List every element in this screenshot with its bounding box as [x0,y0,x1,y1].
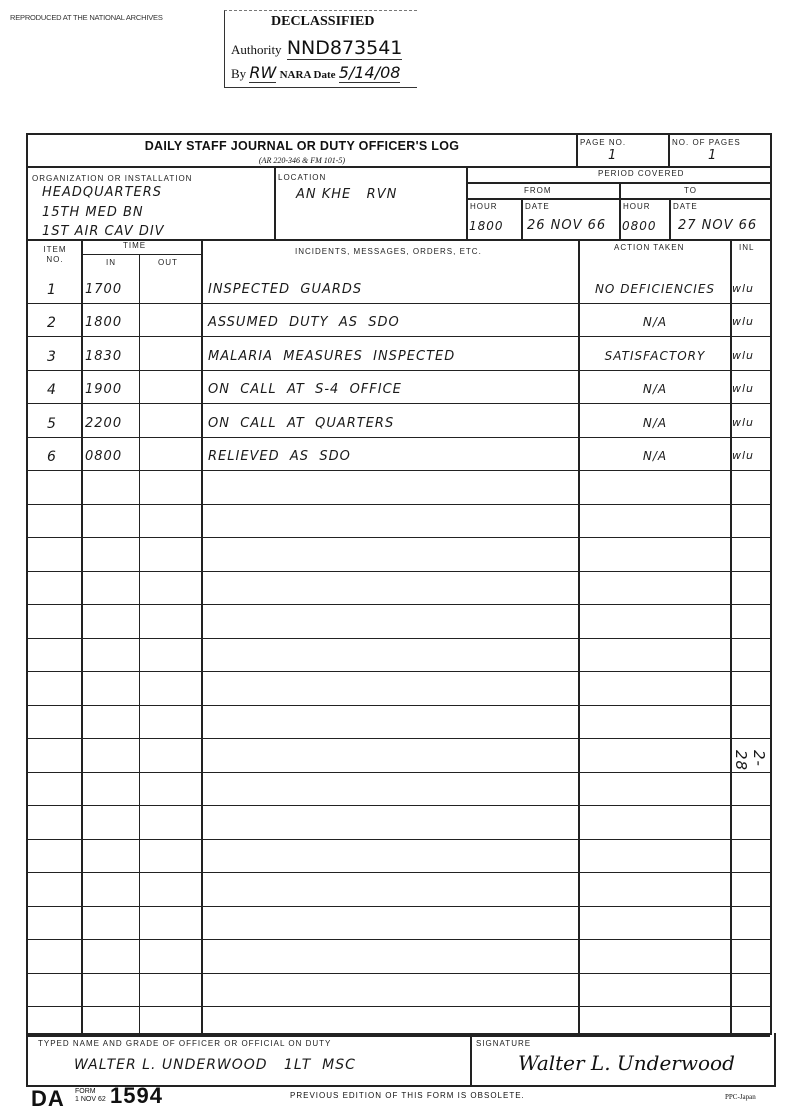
table-row [28,706,770,740]
table-row [28,639,770,673]
incident-cell: ASSUMED DUTY AS SDO [208,315,400,330]
incident-cell: ON CALL AT S-4 OFFICE [208,382,402,397]
table-row: 21800ASSUMED DUTY AS SDON/Awlu [28,304,770,338]
table-row [28,505,770,539]
page-no-value: 1 [608,148,617,163]
table-row: 11700INSPECTED GUARDSNO DEFICIENCIESwlu [28,270,770,304]
time-in-cell: 0800 [85,449,122,464]
organization-line-2: 15TH MED BN [42,205,144,220]
signature-block: TYPED NAME AND GRADE OF OFFICER OR OFFIC… [26,1033,776,1087]
table-row [28,873,770,907]
action-taken-cell: N/A [581,315,729,329]
action-taken-cell: N/A [581,416,729,430]
archive-note: REPRODUCED AT THE NATIONAL ARCHIVES [10,13,163,22]
time-in-cell: 1700 [85,282,122,297]
from-date-label: DATE [525,202,550,211]
obsolete-note: PREVIOUS EDITION OF THIS FORM IS OBSOLET… [290,1091,525,1100]
col-incidents: INCIDENTS, MESSAGES, ORDERS, ETC. [295,247,482,256]
item-no-cell: 4 [38,382,66,398]
from-hour-label: HOUR [470,202,498,211]
stamp-title: DECLASSIFIED [271,14,374,30]
time-in-cell: 1800 [85,315,122,330]
initials-cell: wlu [732,382,754,395]
by-label: By [231,66,246,81]
duty-log-form: DAILY STAFF JOURNAL OR DUTY OFFICER'S LO… [26,133,772,1035]
no-of-pages-label: NO. OF PAGES [672,138,741,147]
table-row [28,471,770,505]
initials-cell: wlu [732,282,754,295]
action-taken-cell: SATISFACTORY [581,349,729,363]
location-value: AN KHE RVN [296,187,397,202]
col-item-no: ITEM NO. [40,245,70,265]
from-date-value: 26 NOV 66 [527,218,606,233]
table-row [28,806,770,840]
initials-cell: wlu [732,449,754,462]
margin-annotation: 2-28 [732,750,768,785]
table-row [28,907,770,941]
authority-value: NND873541 [287,37,403,60]
no-of-pages-value: 1 [708,148,717,163]
table-row [28,572,770,606]
table-row [28,940,770,974]
nara-date-value: 5/14/08 [339,63,401,83]
time-in-cell: 2200 [85,416,122,431]
table-row [28,605,770,639]
signature-value: Walter L. Underwood [518,1051,735,1075]
col-action-taken: ACTION TAKEN [614,243,684,252]
authority-label: Authority [231,42,282,57]
to-hour-value: 0800 [622,219,657,233]
col-out: OUT [158,258,178,267]
organization-line-3: 1ST AIR CAV DIV [42,224,165,239]
declassified-stamp: DECLASSIFIED Authority NND873541 By RW N… [224,10,417,88]
from-hour-value: 1800 [469,219,504,233]
incident-cell: MALARIA MEASURES INSPECTED [208,349,455,364]
initials-cell: wlu [732,416,754,429]
form-date: 1 NOV 62 [75,1096,106,1104]
period-covered-label: PERIOD COVERED [598,169,684,178]
time-in-cell: 1900 [85,382,122,397]
table-row [28,538,770,572]
nara-date-label: NARA Date [280,69,336,81]
incident-cell: INSPECTED GUARDS [208,282,362,297]
item-no-cell: 5 [38,416,66,432]
form-title: DAILY STAFF JOURNAL OR DUTY OFFICER'S LO… [28,139,576,153]
initials-cell: wlu [732,349,754,362]
form-da: DA [31,1086,65,1112]
action-taken-cell: N/A [581,449,729,463]
signature-label: SIGNATURE [476,1039,531,1048]
table-row [28,672,770,706]
table-row [28,974,770,1008]
table-row: 31830MALARIA MEASURES INSPECTEDSATISFACT… [28,337,770,371]
to-label: TO [684,186,697,195]
col-time: TIME [123,241,146,250]
col-inl: INL [739,243,754,252]
item-no-cell: 2 [38,315,66,331]
stamp-authority: Authority NND873541 [231,37,402,59]
to-date-value: 27 NOV 66 [678,218,757,233]
item-no-cell: 1 [38,282,66,298]
action-taken-cell: N/A [581,382,729,396]
action-taken-cell: NO DEFICIENCIES [581,282,729,296]
stamp-by: By RW NARA Date 5/14/08 [231,63,400,82]
table-row [28,840,770,874]
form-subtitle: (AR 220-346 & FM 101-5) [28,156,576,165]
item-no-cell: 3 [38,349,66,365]
time-in-cell: 1830 [85,349,122,364]
table-row: 41900ON CALL AT S-4 OFFICEN/Awlu [28,371,770,405]
initials-cell: wlu [732,315,754,328]
to-hour-label: HOUR [623,202,651,211]
printer-mark: PPC-Japan [725,1093,756,1101]
to-date-label: DATE [673,202,698,211]
form-word: FORM [75,1088,106,1096]
table-row: 60800RELIEVED AS SDON/Awlu [28,438,770,472]
form-number: 1594 [110,1083,163,1109]
organization-line-1: HEADQUARTERS [42,185,162,200]
typed-name-value: WALTER L. UNDERWOOD 1LT MSC [74,1057,356,1073]
table-row [28,773,770,807]
table-row: 52200ON CALL AT QUARTERSN/Awlu [28,404,770,438]
by-value: RW [249,63,276,83]
page-no-label: PAGE NO. [580,138,626,147]
item-no-cell: 6 [38,449,66,465]
from-label: FROM [524,186,552,195]
form-label: FORM 1 NOV 62 [75,1088,106,1104]
incident-cell: ON CALL AT QUARTERS [208,416,394,431]
col-in: IN [106,258,116,267]
incident-cell: RELIEVED AS SDO [208,449,351,464]
typed-name-label: TYPED NAME AND GRADE OF OFFICER OR OFFIC… [38,1039,331,1048]
table-row [28,739,770,773]
organization-label: ORGANIZATION OR INSTALLATION [32,174,192,183]
location-label: LOCATION [278,173,326,182]
